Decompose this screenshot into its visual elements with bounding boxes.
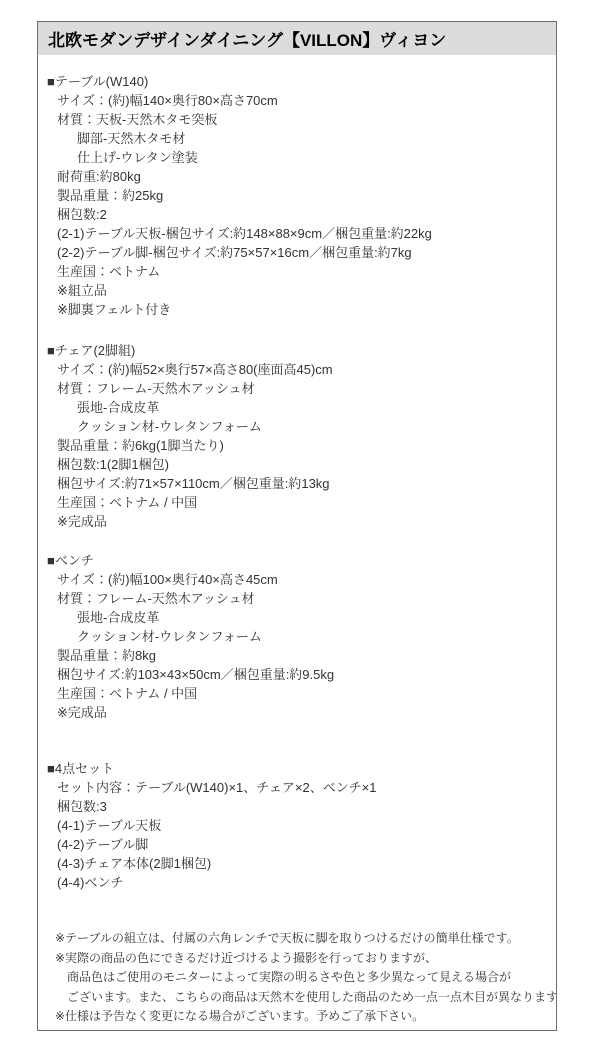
spec-header-bar: 北欧モダンデザインダイニング【VILLON】ヴィヨン xyxy=(38,22,556,55)
spec-line: サイズ：(約)幅100×奥行40×高さ45cm xyxy=(47,570,550,589)
spec-line: セット内容：テーブル(W140)×1、チェア×2、ベンチ×1 xyxy=(47,778,550,797)
spec-line: 耐荷重:約80kg xyxy=(47,167,550,186)
spec-line: 梱包サイズ:約71×57×110cm／梱包重量:約13kg xyxy=(47,474,550,493)
spec-line: 脚部-天然木タモ材 xyxy=(47,129,550,148)
spec-line: 張地-合成皮革 xyxy=(47,608,550,627)
footer-notes: ※テーブルの組立は、付属の六角レンチで天板に脚を取りつけるだけの簡単仕様です。※… xyxy=(47,929,550,1027)
spec-line: (4-1)テーブル天板 xyxy=(47,816,550,835)
spec-line: 製品重量：約8kg xyxy=(47,646,550,665)
spec-line: ※脚裏フェルト付き xyxy=(47,300,550,319)
note-line: ※実際の商品の色にできるだけ近づけるよう撮影を行っておりますが、 xyxy=(47,949,550,969)
spec-line: ※完成品 xyxy=(47,703,550,722)
spec-section: ■ベンチ サイズ：(約)幅100×奥行40×高さ45cm材質：フレーム-天然木ア… xyxy=(47,551,550,722)
spec-line: 材質：天板-天然木タモ突板 xyxy=(47,110,550,129)
spec-line: (4-2)テーブル脚 xyxy=(47,835,550,854)
spec-line: (2-2)テーブル脚-梱包サイズ:約75×57×16cm／梱包重量:約7kg xyxy=(47,243,550,262)
spec-line: 材質：フレーム-天然木アッシュ材 xyxy=(47,379,550,398)
spec-line: 仕上げ-ウレタン塗装 xyxy=(47,148,550,167)
section-heading: ■4点セット xyxy=(47,759,550,778)
note-line: ございます。また、こちらの商品は天然木を使用した商品のため一点一点木目が異なりま… xyxy=(47,988,550,1008)
spec-line: クッション材-ウレタンフォーム xyxy=(47,417,550,436)
spec-line: 生産国：ベトナム / 中国 xyxy=(47,684,550,703)
spec-line: サイズ：(約)幅140×奥行80×高さ70cm xyxy=(47,91,550,110)
spec-section: ■4点セット セット内容：テーブル(W140)×1、チェア×2、ベンチ×1梱包数… xyxy=(47,759,550,892)
spec-line: 梱包サイズ:約103×43×50cm／梱包重量:約9.5kg xyxy=(47,665,550,684)
spec-line: 生産国：ベトナム xyxy=(47,262,550,281)
spec-line: 生産国：ベトナム / 中国 xyxy=(47,493,550,512)
spec-line: 梱包数:2 xyxy=(47,205,550,224)
spec-line: 梱包数:1(2脚1梱包) xyxy=(47,455,550,474)
section-heading: ■チェア(2脚組) xyxy=(47,341,550,360)
product-spec-panel: 北欧モダンデザインダイニング【VILLON】ヴィヨン ■テーブル(W140) サ… xyxy=(37,21,557,1031)
spec-line: (4-3)チェア本体(2脚1梱包) xyxy=(47,854,550,873)
spec-line: 張地-合成皮革 xyxy=(47,398,550,417)
spec-sections: ■テーブル(W140) サイズ：(約)幅140×奥行80×高さ70cm材質：天板… xyxy=(47,72,550,892)
spec-line: サイズ：(約)幅52×奥行57×高さ80(座面高45)cm xyxy=(47,360,550,379)
section-heading: ■テーブル(W140) xyxy=(47,72,550,91)
note-line: ※仕様は予告なく変更になる場合がございます。予めご了承下さい。 xyxy=(47,1007,550,1027)
spec-line: 製品重量：約6kg(1脚当たり) xyxy=(47,436,550,455)
spec-line: 材質：フレーム-天然木アッシュ材 xyxy=(47,589,550,608)
spec-line: (2-1)テーブル天板-梱包サイズ:約148×88×9cm／梱包重量:約22kg xyxy=(47,224,550,243)
spec-section: ■チェア(2脚組) サイズ：(約)幅52×奥行57×高さ80(座面高45)cm材… xyxy=(47,341,550,531)
spec-line: (4-4)ベンチ xyxy=(47,873,550,892)
spec-line: ※組立品 xyxy=(47,281,550,300)
note-line: 商品色はご使用のモニターによって実際の明るさや色と多少異なって見える場合が xyxy=(47,968,550,988)
spec-section: ■テーブル(W140) サイズ：(約)幅140×奥行80×高さ70cm材質：天板… xyxy=(47,72,550,319)
product-title: 北欧モダンデザインダイニング【VILLON】ヴィヨン xyxy=(48,26,446,51)
spec-line: ※完成品 xyxy=(47,512,550,531)
spec-line: 梱包数:3 xyxy=(47,797,550,816)
section-heading: ■ベンチ xyxy=(47,551,550,570)
spec-line: クッション材-ウレタンフォーム xyxy=(47,627,550,646)
note-line: ※テーブルの組立は、付属の六角レンチで天板に脚を取りつけるだけの簡単仕様です。 xyxy=(47,929,550,949)
spec-content: ■テーブル(W140) サイズ：(約)幅140×奥行80×高さ70cm材質：天板… xyxy=(38,55,556,1027)
spec-line: 製品重量：約25kg xyxy=(47,186,550,205)
